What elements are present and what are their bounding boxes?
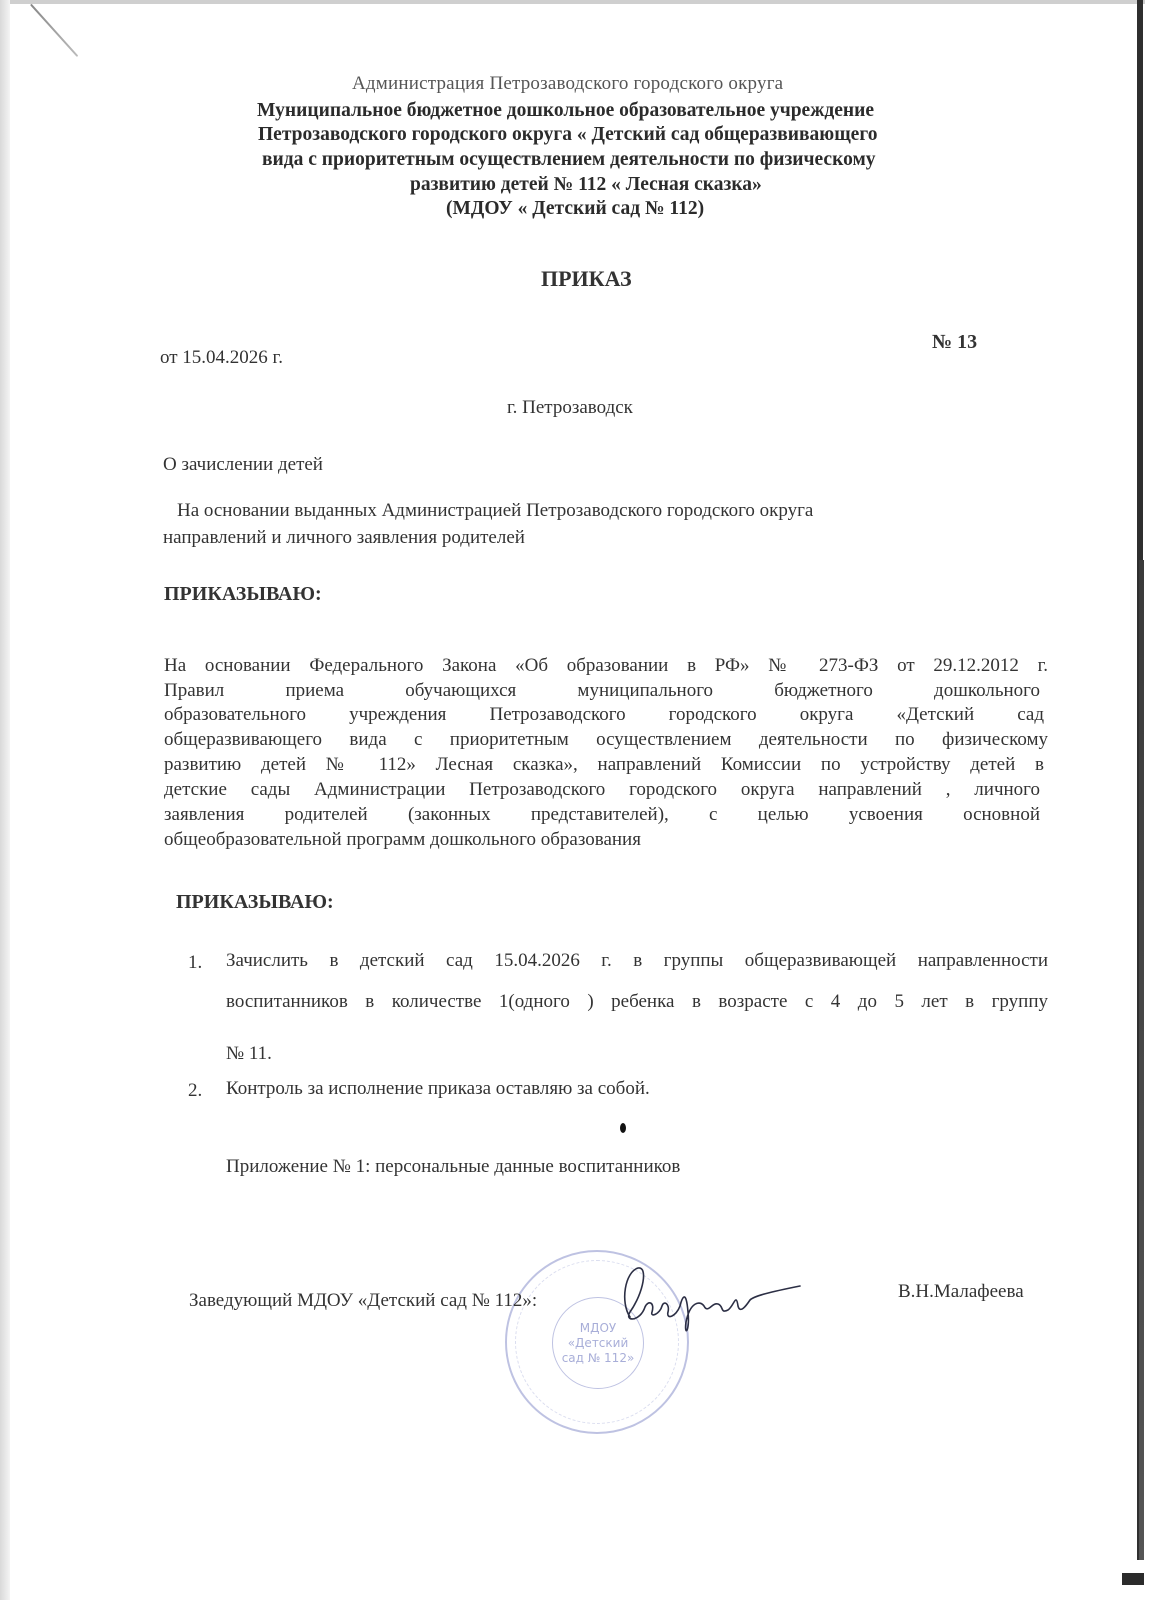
appendix-note: Приложение № 1: персональные данные восп…	[226, 1156, 680, 1178]
item-line-2: воспитанников в количестве 1(одного ) ре…	[226, 991, 1048, 1013]
basis-line-8: общеобразовательной программ дошкольного…	[164, 829, 641, 851]
item-number: 1.	[188, 952, 202, 974]
basis-line-5: развитию детей № 112» Лесная сказка», на…	[164, 754, 1044, 776]
institution-line-5: (МДОУ « Детский сад № 112)	[446, 198, 704, 220]
document-date: от 15.04.2026 г.	[160, 347, 283, 369]
signatory-name: В.Н.Малафеева	[898, 1281, 1024, 1303]
scan-top-edge	[0, 0, 1145, 4]
administration-name: Администрация Петрозаводского городского…	[352, 73, 783, 95]
basis-line-1: На основании Федерального Закона «Об обр…	[164, 655, 1048, 677]
ink-dot	[620, 1123, 626, 1133]
scan-left-edge	[0, 0, 10, 1600]
signature-icon	[600, 1262, 830, 1342]
basis-line-4: общеразвивающего вида с приоритетным осу…	[164, 729, 1048, 751]
stamp-line-3: сад № 112»	[562, 1351, 635, 1366]
staple-scratch	[30, 4, 78, 57]
document-subject: О зачислении детей	[163, 454, 323, 476]
institution-line-3: вида с приоритетным осуществлением деяте…	[262, 149, 875, 171]
institution-line-2: Петрозаводского городского округа « Детс…	[258, 124, 877, 146]
document-title: ПРИКАЗ	[541, 266, 632, 292]
scan-corner-mark	[1122, 1573, 1144, 1585]
item-line-1: Зачислить в детский сад 15.04.2026 г. в …	[226, 950, 1048, 972]
item-line-3: № 11.	[226, 1043, 272, 1065]
document-city: г. Петрозаводск	[507, 397, 633, 419]
item-line-1: Контроль за исполнение приказа оставляю …	[226, 1078, 650, 1100]
document-number: № 13	[932, 331, 977, 354]
basis-line-7: заявления родителей (законных представит…	[164, 804, 1040, 826]
basis-line-6: детские сады Администрации Петрозаводско…	[164, 779, 1040, 801]
basis-line-3: образовательного учреждения Петрозаводск…	[164, 704, 1044, 726]
signatory-position: Заведующий МДОУ «Детский сад № 112»:	[189, 1290, 537, 1312]
order-heading-1: ПРИКАЗЫВАЮ:	[164, 583, 322, 606]
item-number: 2.	[188, 1080, 202, 1102]
preamble-line-2: направлений и личного заявления родителе…	[163, 527, 525, 549]
scan-right-edge-lower	[1139, 560, 1144, 1560]
basis-line-2: Правил приема обучающихся муниципального…	[164, 680, 1040, 702]
order-heading-2: ПРИКАЗЫВАЮ:	[176, 891, 334, 914]
preamble-line-1: На основании выданных Администрацией Пет…	[177, 500, 813, 522]
institution-line-4: развитию детей № 112 « Лесная сказка»	[410, 174, 762, 196]
institution-line-1: Муниципальное бюджетное дошкольное образ…	[257, 100, 874, 122]
